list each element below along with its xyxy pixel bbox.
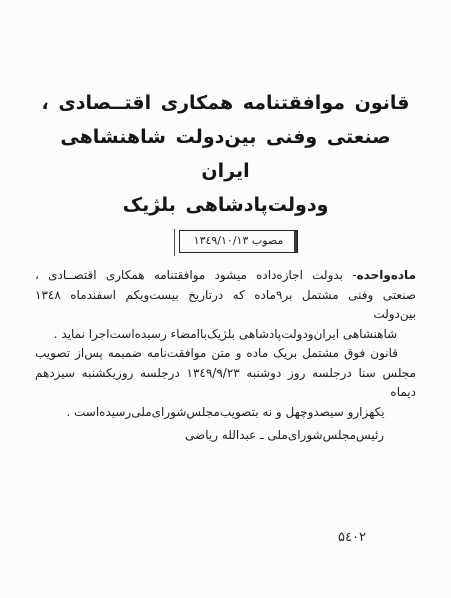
article-line-1: ماده‌واحده- بدولت اجازه‌داده میشود موافق… bbox=[35, 266, 416, 286]
law-body: ماده‌واحده- بدولت اجازه‌داده میشود موافق… bbox=[35, 266, 416, 422]
page-number: ۵٤۰۲ bbox=[338, 530, 366, 545]
ratification-line-1: قانون فوق مشتمل بریک ماده و متن موافقت‌ن… bbox=[35, 344, 416, 364]
ratification-line-2: مجلس سنا درجلسه روز دوشنبه ۱۳٤۹/۹/۲۳ درج… bbox=[35, 364, 416, 403]
speaker-signature-line: رئیس‌مجلس‌شورای‌ملی ـ عبدالله ریاضی bbox=[35, 426, 416, 445]
article-line-2: صنعتی وفنی مشتمل بر۹ماده که درتاریخ بیست… bbox=[35, 286, 416, 325]
law-title-line-1: قانون موافقتنامه همکاری اقتــصادی ، bbox=[35, 86, 416, 120]
approval-stamp-row: مصوب ۱۳٤۹/۱۰/۱۳ bbox=[35, 229, 416, 257]
law-title: قانون موافقتنامه همکاری اقتــصادی ، صنعت… bbox=[35, 86, 416, 222]
article-line-3: شاهنشاهی ایران‌ودولت‌پادشاهی بلژیک‌باامض… bbox=[35, 325, 416, 345]
article-lead-label: ماده‌واحده bbox=[357, 268, 416, 282]
law-title-line-3: ودولت‌پادشاهی بلژیک bbox=[35, 188, 416, 222]
law-title-line-2: صنعتی وفنی بین‌دولت شاهنشاهی ایران bbox=[35, 120, 416, 188]
approval-date-box: مصوب ۱۳٤۹/۱۰/۱۳ bbox=[179, 230, 299, 253]
ratification-line-3: یکهزارو سیصدوچهل و نه بتصویب‌مجلس‌شورای‌… bbox=[35, 403, 416, 423]
article-line-1-text: - بدولت اجازه‌داده میشود موافقتنامه همکا… bbox=[35, 268, 357, 282]
scanned-law-page: قانون موافقتنامه همکاری اقتــصادی ، صنعت… bbox=[0, 0, 451, 598]
